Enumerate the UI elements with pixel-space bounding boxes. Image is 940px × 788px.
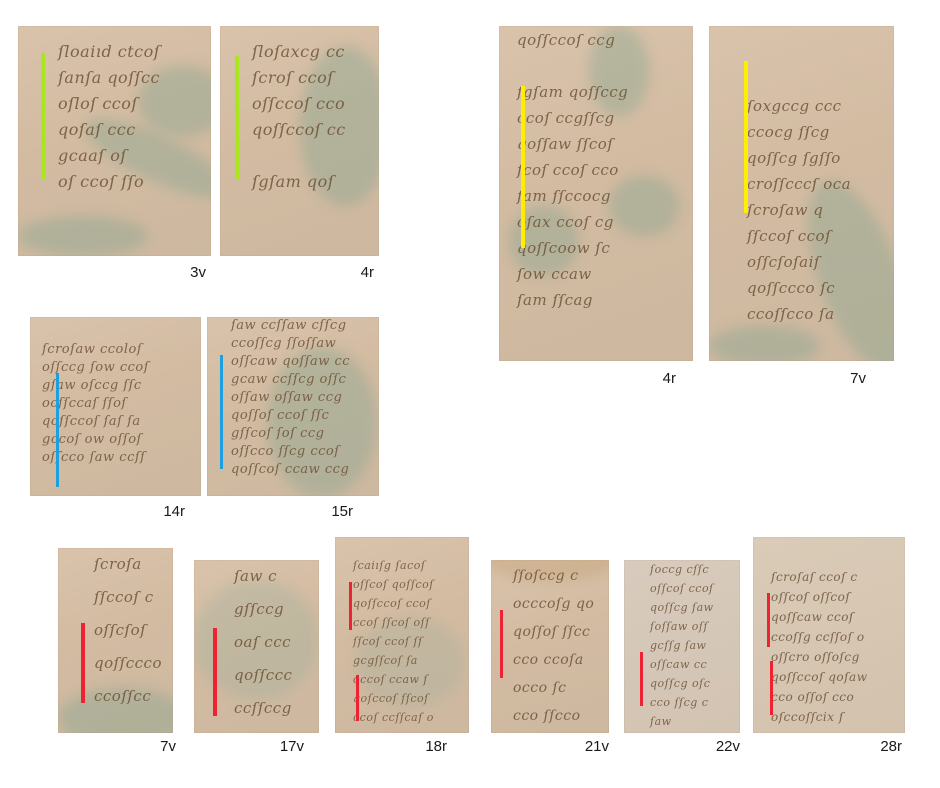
script-lines: qoſſccoſ ccgſgſam qoſſccgccoſ ccgſſcgqoſ… <box>499 26 693 361</box>
script-lines: ſcroſaſ ccoſ coſſcoſ oſſcoſqoſſcaw ccoſc… <box>753 537 905 733</box>
folio-label: 15r <box>313 503 353 520</box>
manuscript-crop-3v: ſloaiıd ctcoſſanſa qoſſccoſloſ ccoſqoſaſ… <box>18 26 211 256</box>
red-marker-bar <box>640 652 643 706</box>
manuscript-crop-17v: ſaw cgſſccgoaſ cccqoſſcccccſſccg <box>194 560 319 733</box>
script-lines: ſaw ccſſaw cſſcgccoſſcg ſſoſſawoſſcaw qo… <box>207 317 379 496</box>
manuscript-crop-15r: ſaw ccſſaw cſſcgccoſſcg ſſoſſawoſſcaw qo… <box>207 317 379 496</box>
script-lines: ſloſaxcg ccſcroſ ccoſoſſccoſ ccoqoſſccoſ… <box>220 26 379 256</box>
folio-label: 4r <box>636 370 676 387</box>
yellow-marker-bar <box>521 86 525 248</box>
folio-label: 21v <box>569 738 609 755</box>
manuscript-crop-14r: ſcroſaw ccoloſoſſccg ſow ccoſgſaw oſccg … <box>30 317 201 496</box>
blue-marker-bar <box>220 355 223 469</box>
script-lines: ſoccg cſſcoſſcoſ ccoſqoſſcg ſawſoſſaw oſ… <box>624 560 740 733</box>
folio-label: 17v <box>264 738 304 755</box>
red-marker-bar <box>500 610 503 678</box>
folio-label: 3v <box>166 264 206 281</box>
script-lines: ſcroſaſſccoſ coſſcſoſqoſſcccoccoſſcc <box>58 548 173 733</box>
red-marker-bar <box>767 593 770 647</box>
red-marker-bar <box>770 661 773 715</box>
red-marker-bar <box>356 675 359 721</box>
red-marker-bar <box>213 628 217 716</box>
red-marker-bar <box>349 582 352 630</box>
red-marker-bar <box>81 623 85 703</box>
yellow-marker-bar <box>744 61 748 213</box>
manuscript-crop-18r: ſcaiıſg ſacoſoſſcoſ qoſſcoſqoſſccoſ ccoſ… <box>335 537 469 733</box>
script-lines: ſloaiıd ctcoſſanſa qoſſccoſloſ ccoſqoſaſ… <box>18 26 211 256</box>
manuscript-crop-21v: ſſoſccg cocccoſg qoqoſſoſ ſſcccco ccoſao… <box>491 560 609 733</box>
green-marker-bar <box>235 56 239 179</box>
folio-label: 28r <box>862 738 902 755</box>
manuscript-crop-28r: ſcroſaſ ccoſ coſſcoſ oſſcoſqoſſcaw ccoſc… <box>753 537 905 733</box>
manuscript-crop-7v-b: ſcroſaſſccoſ coſſcſoſqoſſcccoccoſſcc <box>58 548 173 733</box>
script-lines: ſſoſccg cocccoſg qoqoſſoſ ſſcccco ccoſao… <box>491 560 609 733</box>
blue-marker-bar <box>56 373 59 487</box>
script-lines: ſoxgccg cccccocg ſſcgqoſſcg ſgſſocroſſcc… <box>709 26 894 361</box>
folio-label: 14r <box>145 503 185 520</box>
folio-label: 4r <box>334 264 374 281</box>
manuscript-crop-22v: ſoccg cſſcoſſcoſ ccoſqoſſcg ſawſoſſaw oſ… <box>624 560 740 733</box>
manuscript-crop-7v: ſoxgccg cccccocg ſſcgqoſſcg ſgſſocroſſcc… <box>709 26 894 361</box>
manuscript-crop-4r-b: qoſſccoſ ccgſgſam qoſſccgccoſ ccgſſcgqoſ… <box>499 26 693 361</box>
folio-label: 7v <box>826 370 866 387</box>
manuscript-crop-4r: ſloſaxcg ccſcroſ ccoſoſſccoſ ccoqoſſccoſ… <box>220 26 379 256</box>
folio-label: 7v <box>136 738 176 755</box>
green-marker-bar <box>41 53 45 179</box>
folio-label: 22v <box>700 738 740 755</box>
folio-label: 18r <box>407 738 447 755</box>
